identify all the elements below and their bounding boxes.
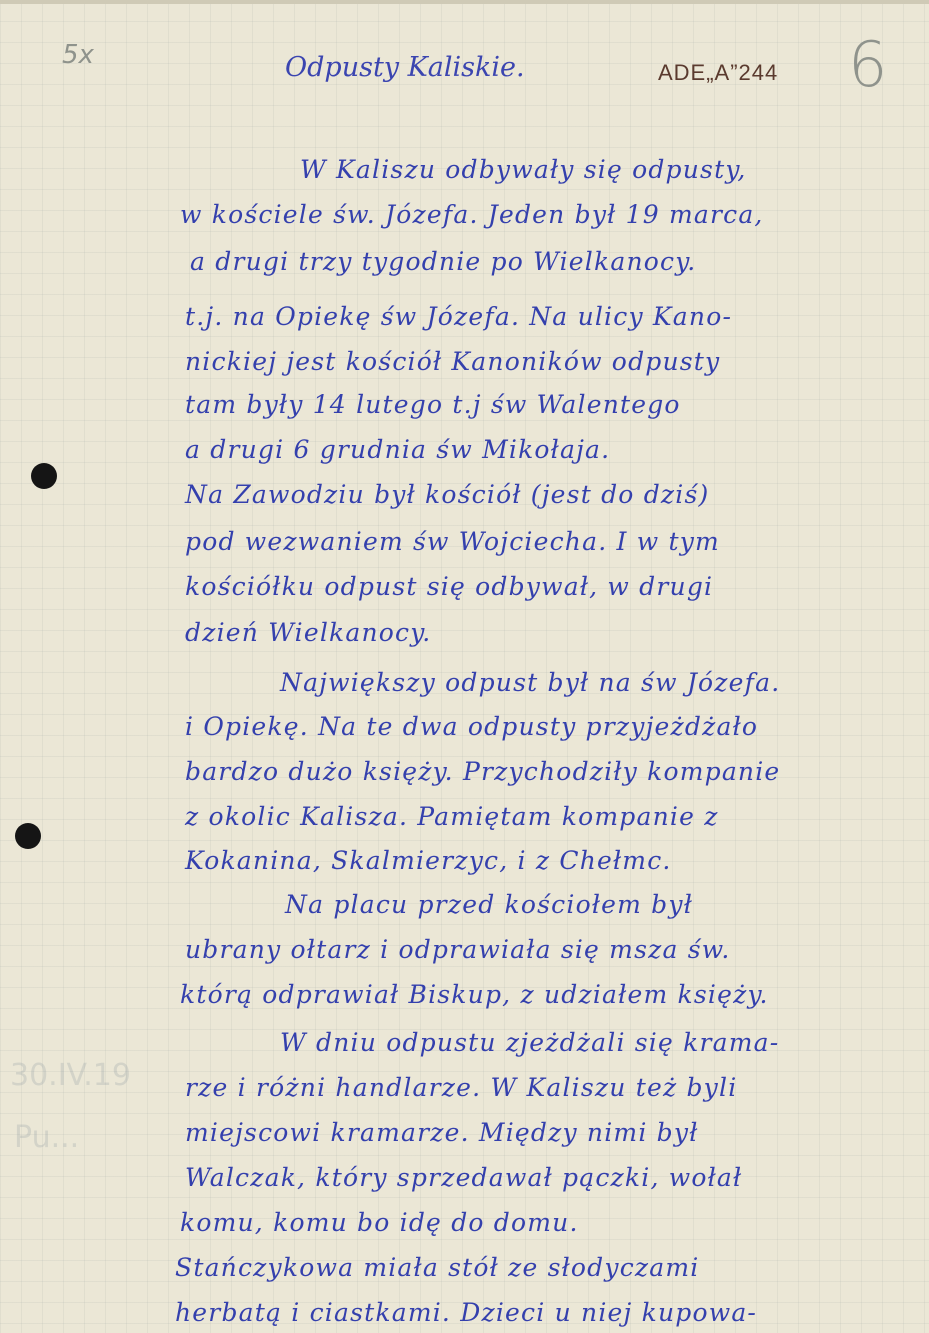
archive-reference: ADE„A”244 (658, 60, 778, 86)
text-line: i Opiekę. Na te dwa odpusty przyjeżdżało (185, 712, 758, 741)
text-line: pod wezwaniem św Wojciecha. I w tym (185, 527, 720, 556)
text-line: Walczak, który sprzedawał pączki, wołał (185, 1163, 742, 1192)
text-line: dzień Wielkanocy. (185, 618, 431, 647)
page-top-edge (0, 0, 929, 4)
text-line: rze i różni handlarze. W Kaliszu też byl… (185, 1073, 737, 1102)
text-line: komu, komu bo idę do domu. (180, 1208, 579, 1237)
ghost-margin-text: 30.IV.19 (10, 1058, 131, 1093)
text-line: z okolic Kalisza. Pamiętam kompanie z (185, 802, 719, 831)
text-line: a drugi 6 grudnia św Mikołaja. (185, 435, 610, 464)
margin-note: 5x (62, 40, 94, 70)
text-line: Kokanina, Skalmierzyc, i z Chełmc. (185, 846, 672, 875)
text-line: a drugi trzy tygodnie po Wielkanocy. (190, 247, 696, 276)
text-line: Największy odpust był na św Józefa. (280, 668, 780, 697)
punch-hole-icon (15, 823, 41, 849)
page-title: Odpusty Kaliskie. (285, 52, 525, 83)
text-line: kościółku odpust się odbywał, w drugi (185, 572, 713, 601)
text-line: Stańczykowa miała stół ze słodyczami (175, 1253, 699, 1282)
page-number: 6 (848, 28, 887, 101)
text-line: ubrany ołtarz i odprawiała się msza św. (185, 935, 731, 964)
text-line: W dniu odpustu zjeżdżali się krama- (280, 1028, 779, 1057)
text-line: tam były 14 lutego t.j św Walentego (185, 390, 681, 419)
text-line: Na Zawodziu był kościół (jest do dziś) (185, 480, 709, 509)
document-page: 5x Odpusty Kaliskie. ADE„A”244 6 30.IV.1… (0, 0, 929, 1333)
text-line: nickiej jest kościół Kanoników odpusty (185, 347, 720, 376)
text-line: bardzo dużo księży. Przychodziły kompani… (185, 757, 780, 786)
text-line: którą odprawiał Biskup, z udziałem księż… (180, 980, 769, 1009)
ghost-margin-text: Pu... (14, 1120, 79, 1155)
text-line: herbatą i ciastkami. Dzieci u niej kupow… (175, 1298, 757, 1327)
text-line: miejscowi kramarze. Między nimi był (185, 1118, 699, 1147)
text-line: w kościele św. Józefa. Jeden był 19 marc… (180, 200, 764, 229)
text-line: Na placu przed kościołem był (285, 890, 693, 919)
text-line: t.j. na Opiekę św Józefa. Na ulicy Kano- (185, 302, 732, 331)
text-line: W Kaliszu odbywały się odpusty, (300, 155, 746, 184)
punch-hole-icon (31, 463, 57, 489)
